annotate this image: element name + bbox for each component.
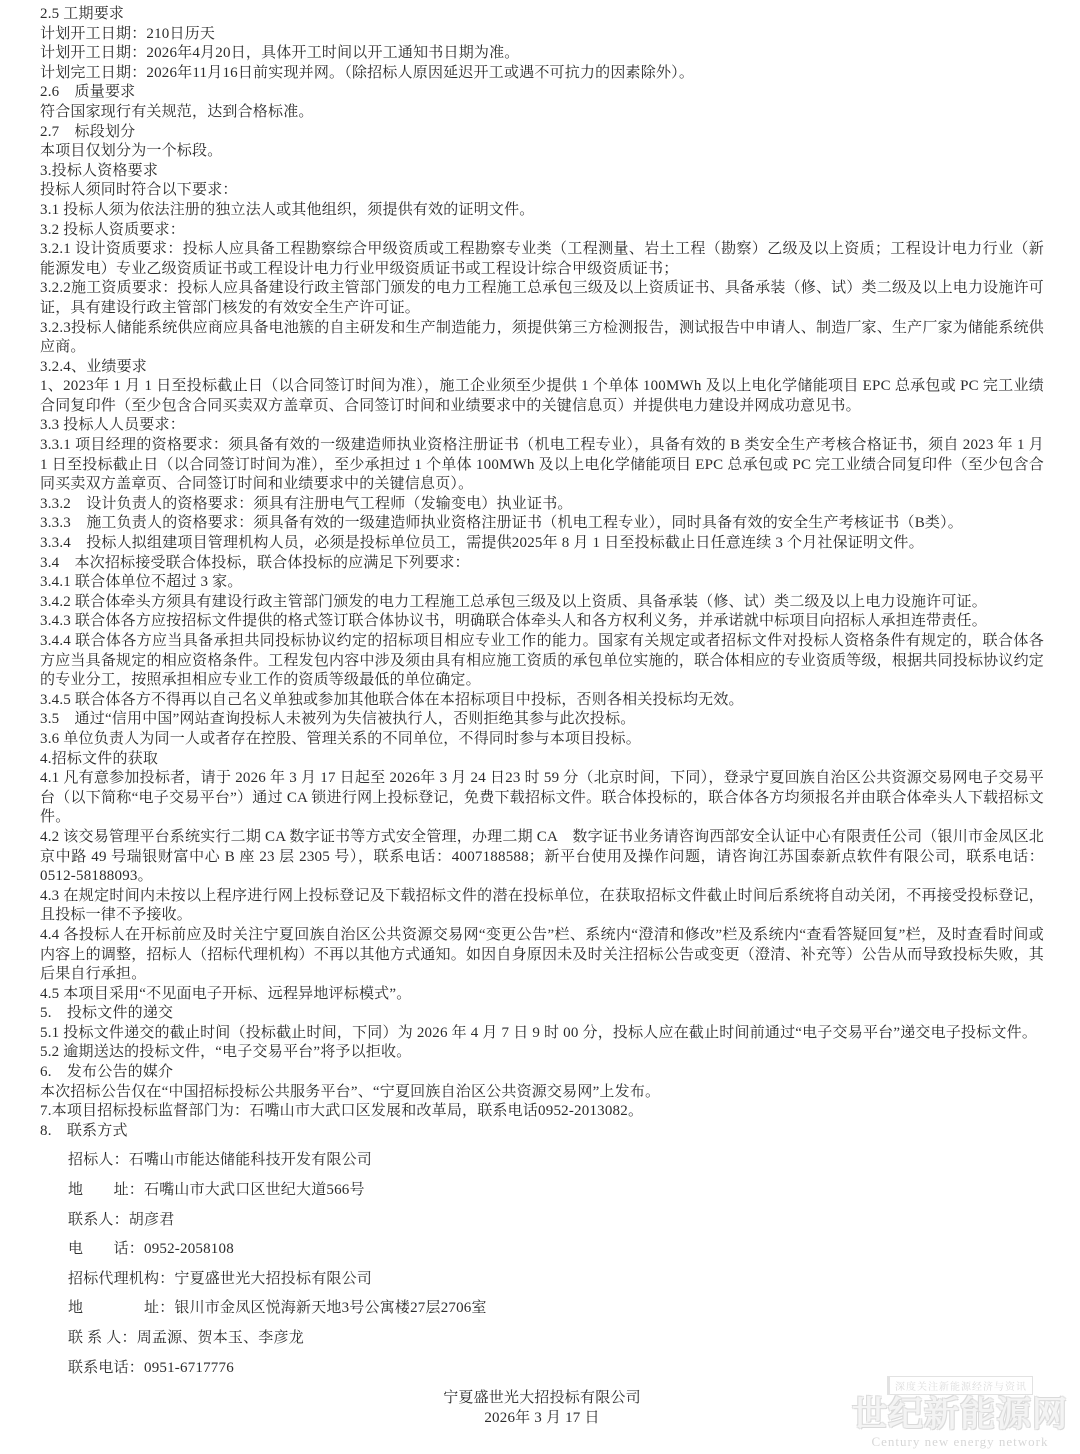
paragraph: 3.6 单位负责人为同一人或者存在控股、管理关系的不同单位，不得同时参与本项目投… — [40, 730, 1044, 750]
paragraph: 本次招标公告仅在“中国招标投标公共服务平台”、“宁夏回族自治区公共资源交易网”上… — [40, 1083, 1044, 1103]
paragraph: 3.4.1 联合体单位不超过 3 家。 — [40, 573, 1044, 593]
paragraph: 4.招标文件的获取 — [40, 750, 1044, 770]
watermark-subtitle: Century new energy network — [848, 1434, 1072, 1450]
paragraph: 2.5 工期要求 — [40, 5, 1044, 25]
paragraph: 本项目仅划分为一个标段。 — [40, 142, 1044, 162]
paragraph: 3.3 投标人人员要求： — [40, 416, 1044, 436]
paragraph: 地 址：银川市金凤区悦海新天地3号公寓楼27层2706室 — [68, 1299, 1044, 1319]
paragraph: 3.2.3投标人储能系统供应商应具备电池簇的自主研发和生产制造能力，须提供第三方… — [40, 319, 1044, 358]
paragraph: 3.5 通过“信用中国”网站查询投标人未被列为失信被执行人，否则拒绝其参与此次投… — [40, 710, 1044, 730]
footer-date: 2026年 3 月 17 日 — [40, 1409, 1044, 1429]
paragraph: 3.4 本次招标接受联合体投标，联合体投标的应满足下列要求： — [40, 554, 1044, 574]
tender-notice-page: 2.5 工期要求计划开工日期：210日历天计划开工日期：2026年4月20日，具… — [0, 0, 1080, 1454]
document-body: 2.5 工期要求计划开工日期：210日历天计划开工日期：2026年4月20日，具… — [40, 5, 1044, 1428]
paragraph: 3.3.3 施工负责人的资格要求：须具备有效的一级建造师执业资格注册证书（机电工… — [40, 514, 1044, 534]
footer-company: 宁夏盛世光大招投标有限公司 — [40, 1389, 1044, 1409]
paragraph: 3.4.5 联合体各方不得再以自己名义单独或参加其他联合体在本招标项目中投标，否… — [40, 691, 1044, 711]
paragraph: 电 话：0952-2058108 — [68, 1240, 1044, 1260]
paragraph: 计划开工日期：2026年4月20日，具体开工时间以开工通知书日期为准。 — [40, 44, 1044, 64]
paragraph: 地 址：石嘴山市大武口区世纪大道566号 — [68, 1181, 1044, 1201]
paragraph: 1、2023年 1 月 1 日至投标截止日（以合同签订时间为准），施工企业须至少… — [40, 377, 1044, 416]
paragraph: 3.3.1 项目经理的资格要求：须具备有效的一级建造师执业资格注册证书（机电工程… — [40, 436, 1044, 495]
paragraph: 4.1 凡有意参加投标者，请于 2026 年 3 月 17 日起至 2026年 … — [40, 769, 1044, 828]
paragraph: 3.4.4 联合体各方应当具备承担共同投标协议约定的招标项目相应专业工作的能力。… — [40, 632, 1044, 691]
paragraph: 3.4.2 联合体牵头方须具有建设行政主管部门颁发的电力工程施工总承包三级及以上… — [40, 593, 1044, 613]
paragraph: 4.5 本项目采用“不见面电子开标、远程异地评标模式”。 — [40, 985, 1044, 1005]
paragraph: 3.4.3 联合体各方应按招标文件提供的格式签订联合体协议书，明确联合体牵头人和… — [40, 612, 1044, 632]
paragraph: 3.2.1 设计资质要求：投标人应具备工程勘察综合甲级资质或工程勘察专业类（工程… — [40, 240, 1044, 279]
paragraph: 计划完工日期：2026年11月16日前实现并网。（除招标人原因延迟开工或遇不可抗… — [40, 64, 1044, 84]
paragraph: 联 系 人：周孟源、贺本玉、李彦龙 — [68, 1329, 1044, 1349]
paragraph: 5.2 逾期送达的投标文件，“电子交易平台”将予以拒收。 — [40, 1043, 1044, 1063]
paragraph: 5. 投标文件的递交 — [40, 1004, 1044, 1024]
document-footer: 宁夏盛世光大招投标有限公司2026年 3 月 17 日 — [40, 1389, 1044, 1428]
paragraph: 3.3.2 设计负责人的资格要求：须具有注册电气工程师（发输变电）执业证书。 — [40, 495, 1044, 515]
paragraph: 招标代理机构：宁夏盛世光大招投标有限公司 — [68, 1270, 1044, 1290]
paragraph: 2.7 标段划分 — [40, 123, 1044, 143]
paragraph: 投标人须同时符合以下要求： — [40, 181, 1044, 201]
paragraph: 3.投标人资格要求 — [40, 162, 1044, 182]
paragraph: 3.2.4、业绩要求 — [40, 358, 1044, 378]
paragraph: 5.1 投标文件递交的截止时间（投标截止时间，下同）为 2026 年 4 月 7… — [40, 1024, 1044, 1044]
paragraph: 联系人：胡彦君 — [68, 1211, 1044, 1231]
paragraph: 4.2 该交易管理平台系统实行二期 CA 数字证书等方式安全管理，办理二期 CA… — [40, 828, 1044, 887]
paragraph: 6. 发布公告的媒介 — [40, 1063, 1044, 1083]
paragraph: 3.2 投标人资质要求： — [40, 221, 1044, 241]
paragraph: 7.本项目招标投标监督部门为：石嘴山市大武口区发展和改革局，联系电话0952-2… — [40, 1102, 1044, 1122]
paragraph: 招标人：石嘴山市能达储能科技开发有限公司 — [68, 1151, 1044, 1171]
paragraph: 计划开工日期：210日历天 — [40, 25, 1044, 45]
paragraph: 联系电话：0951-6717776 — [68, 1359, 1044, 1379]
paragraph: 3.2.2施工资质要求：投标人应具备建设行政主管部门颁发的电力工程施工总承包三级… — [40, 279, 1044, 318]
paragraph: 4.4 各投标人在开标前应及时关注宁夏回族自治区公共资源交易网“变更公告”栏、系… — [40, 926, 1044, 985]
paragraph: 3.3.4 投标人拟组建项目管理机构人员，必须是投标单位员工，需提供2025年 … — [40, 534, 1044, 554]
paragraph: 4.3 在规定时间内未按以上程序进行网上投标登记及下载招标文件的潜在投标单位，在… — [40, 887, 1044, 926]
paragraph: 符合国家现行有关规范，达到合格标准。 — [40, 103, 1044, 123]
paragraph: 2.6 质量要求 — [40, 83, 1044, 103]
paragraph: 8. 联系方式 — [40, 1122, 1044, 1142]
paragraph: 3.1 投标人须为依法注册的独立法人或其他组织，须提供有效的证明文件。 — [40, 201, 1044, 221]
